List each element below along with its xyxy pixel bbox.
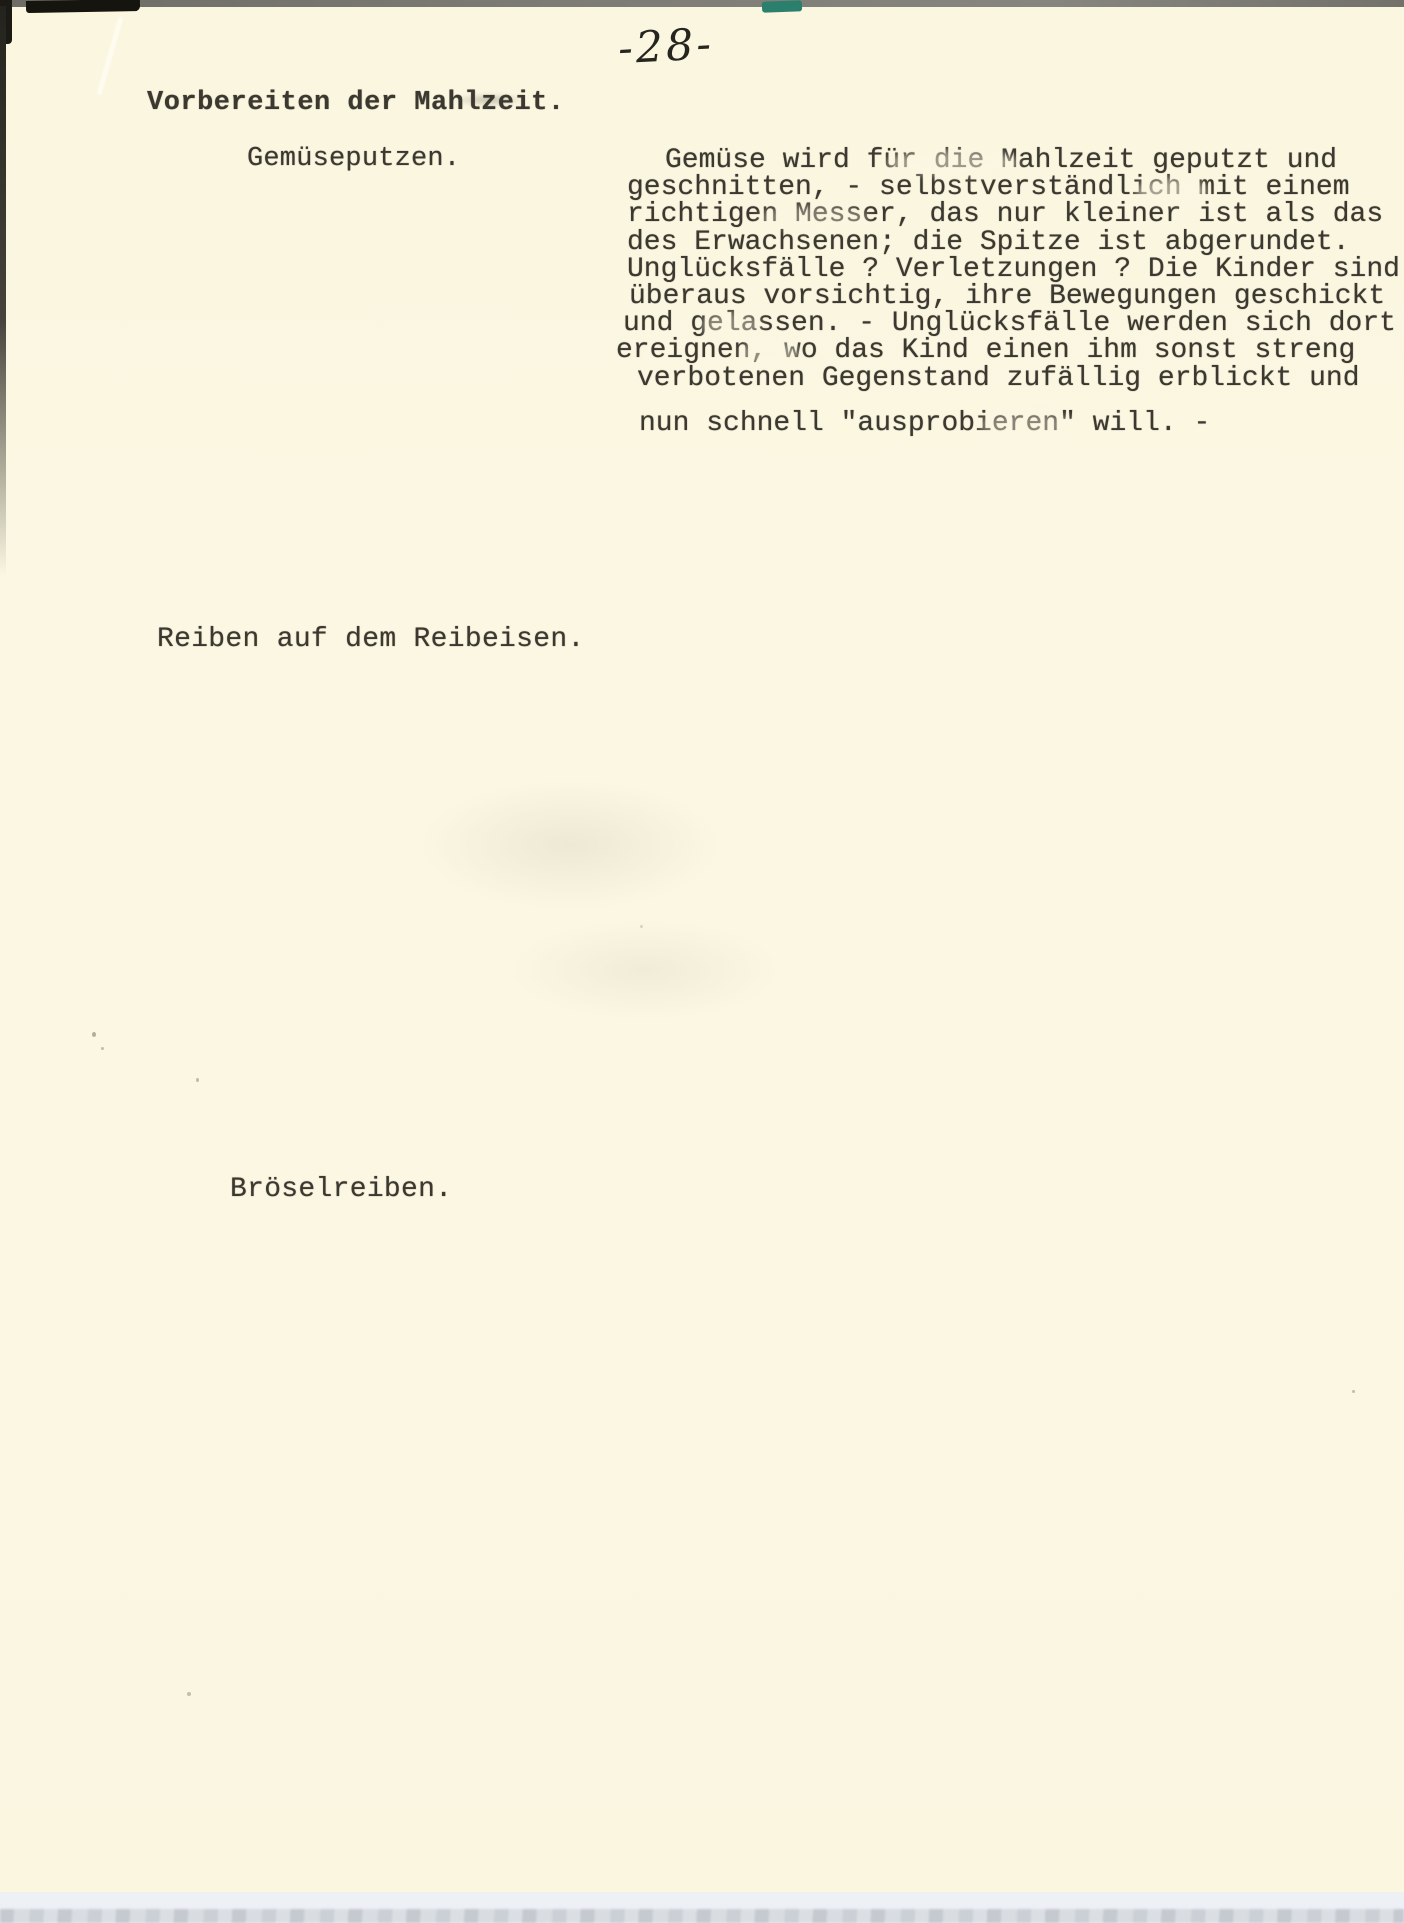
paragraph-line: Unglücksfälle ? Verletzungen ? Die Kinde… xyxy=(627,256,1404,283)
paper-speck xyxy=(187,1692,191,1696)
left-edge-shadow xyxy=(0,6,6,576)
paper-speck xyxy=(101,1047,104,1050)
paper-speck xyxy=(1352,1390,1355,1393)
top-left-ink-mark xyxy=(26,0,140,13)
handwritten-page-number: -28- xyxy=(617,16,779,74)
scanned-typewritten-page: -28- Vorbereiten der Mahlzeit. Gemüseput… xyxy=(0,0,1404,1923)
scan-bottom-texture xyxy=(0,1909,1404,1923)
paragraph-line: ereignen, wo das Kind einen ihm sonst st… xyxy=(616,337,1404,364)
section-heading: Vorbereiten der Mahlzeit. xyxy=(147,88,565,118)
faint-smudge xyxy=(420,780,720,910)
paragraph-line: richtigen Messer, das nur kleiner ist al… xyxy=(627,201,1404,228)
paragraph-line: und gelassen. - Unglücksfälle werden sic… xyxy=(623,310,1404,337)
section-label-reiben: Reiben auf dem Reibeisen. xyxy=(157,624,585,655)
teal-ink-mark xyxy=(762,0,802,12)
paragraph-line: verbotenen Gegenstand zufällig erblickt … xyxy=(637,365,1404,392)
paragraph-line: Gemüse wird für die Mahlzeit geputzt und xyxy=(665,147,1404,174)
paragraph-line: nun schnell "ausprobieren" will. - xyxy=(639,410,1404,437)
paper-scratch xyxy=(97,17,123,95)
scan-bottom-band xyxy=(0,1892,1404,1923)
paper-speck xyxy=(92,1032,96,1037)
paragraph-line: geschnitten, - selbstverständlich mit ei… xyxy=(627,174,1404,201)
section-label-gemueseputzen: Gemüseputzen. xyxy=(247,144,460,174)
paragraph-gemueseputzen: Gemüse wird für die Mahlzeit geputzt und… xyxy=(627,147,1404,437)
section-label-broeselreiben: Bröselreiben. xyxy=(230,1174,452,1205)
faint-smudge xyxy=(510,920,780,1020)
paragraph-line: des Erwachsenen; die Spitze ist abgerund… xyxy=(627,229,1404,256)
paragraph-line: überaus vorsichtig, ihre Bewegungen gesc… xyxy=(629,283,1404,310)
paper-speck xyxy=(640,925,643,928)
scan-top-edge xyxy=(0,0,1404,7)
paper-speck xyxy=(196,1078,199,1082)
